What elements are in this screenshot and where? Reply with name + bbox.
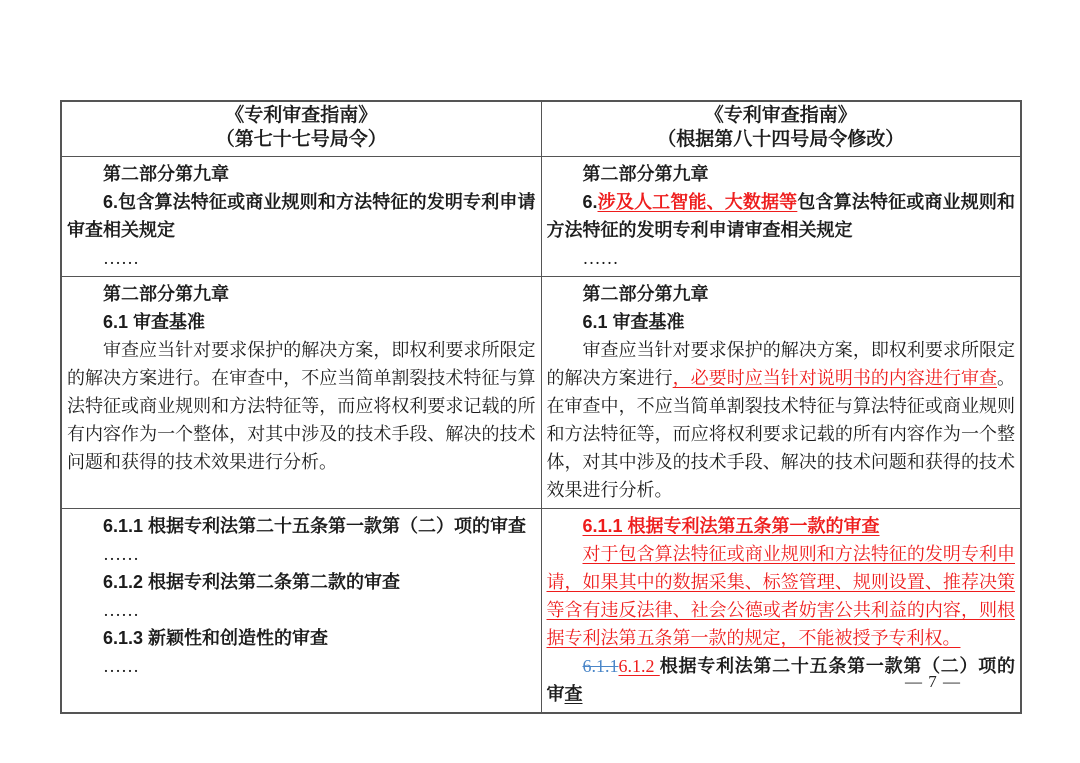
comparison-table-wrapper: 《专利审查指南》 （第七十七号局令） 《专利审查指南》 （根据第八十四号局令修改…: [60, 100, 1022, 714]
text-run: 6.1.2 根据专利法第二条第二款的审查: [103, 572, 400, 592]
text-run: 6.1.3 新颖性和创造性的审查: [103, 628, 328, 648]
paragraph: 6.1.1 根据专利法第五条第一款的审查: [547, 512, 1016, 540]
text-run: ……: [103, 600, 139, 620]
text-run: ……: [103, 656, 139, 676]
guideline-comparison-table: 《专利审查指南》 （第七十七号局令） 《专利审查指南》 （根据第八十四号局令修改…: [60, 100, 1022, 714]
text-run: 6.1.2: [619, 656, 660, 676]
text-run: 6.包含算法特征或商业规则和方法特征的发明专利申请审查相关规定: [67, 192, 536, 240]
cell-old-subsections: 6.1.1 根据专利法第二十五条第一款第（二）项的审查……6.1.2 根据专利法…: [61, 509, 541, 714]
text-run: 第二部分第九章: [103, 164, 229, 184]
header-cell-new-version: 《专利审查指南》 （根据第八十四号局令修改）: [541, 101, 1021, 157]
paragraph: 6.包含算法特征或商业规则和方法特征的发明专利申请审查相关规定: [67, 188, 536, 244]
text-run: 查: [565, 684, 583, 704]
text-run: ……: [103, 544, 139, 564]
paragraph: 第二部分第九章: [67, 280, 536, 308]
paragraph: 6.涉及人工智能、大数据等包含算法特征或商业规则和方法特征的发明专利申请审查相关…: [547, 188, 1016, 244]
text-run: 6.1.1: [583, 656, 619, 676]
paragraph: ……: [547, 244, 1016, 272]
text-run: 6.1 审查基准: [103, 312, 205, 332]
document-page: 《专利审查指南》 （第七十七号局令） 《专利审查指南》 （根据第八十四号局令修改…: [0, 0, 1080, 763]
cell-old-section61: 第二部分第九章6.1 审查基准审查应当针对要求保护的解决方案，即权利要求所限定的…: [61, 277, 541, 509]
header-new-subtitle: （根据第八十四号局令修改）: [547, 128, 1016, 152]
paragraph: 6.1.2 根据专利法第二条第二款的审查: [67, 568, 536, 596]
cell-new-section61: 第二部分第九章6.1 审查基准审查应当针对要求保护的解决方案，即权利要求所限定的…: [541, 277, 1021, 509]
text-run: 6.1 审查基准: [583, 312, 685, 332]
header-cell-old-version: 《专利审查指南》 （第七十七号局令）: [61, 101, 541, 157]
page-number: — 7 —: [902, 670, 964, 694]
paragraph: ……: [67, 652, 536, 680]
text-run: 6.1.1 根据专利法第五条第一款的审查: [583, 516, 880, 536]
paragraph: 第二部分第九章: [547, 280, 1016, 308]
paragraph: ……: [67, 596, 536, 624]
paragraph: 第二部分第九章: [547, 160, 1016, 188]
text-run: 6.: [583, 192, 598, 212]
text-run: 审查应当针对要求保护的解决方案，即权利要求所限定的解决方案进行。在审查中，不应当…: [67, 340, 536, 472]
paragraph: ……: [67, 540, 536, 568]
header-old-title: 《专利审查指南》: [67, 104, 536, 128]
text-run: 对于包含算法特征或商业规则和方法特征的发明专利申请，如果其中的数据采集、标签管理…: [547, 544, 1016, 648]
paragraph: 审查应当针对要求保护的解决方案，即权利要求所限定的解决方案进行，必要时应当针对说…: [547, 336, 1016, 504]
table-row-subsections: 6.1.1 根据专利法第二十五条第一款第（二）项的审查……6.1.2 根据专利法…: [61, 509, 1021, 714]
text-run: ，必要时应当针对说明书的内容进行审查: [673, 368, 997, 388]
text-run: ……: [103, 248, 139, 268]
cell-new-section6: 第二部分第九章6.涉及人工智能、大数据等包含算法特征或商业规则和方法特征的发明专…: [541, 157, 1021, 277]
text-run: 涉及人工智能、大数据等: [598, 192, 798, 212]
paragraph: 第二部分第九章: [67, 160, 536, 188]
paragraph: 6.1.3 新颖性和创造性的审查: [67, 624, 536, 652]
paragraph: ……: [67, 244, 536, 272]
header-new-title: 《专利审查指南》: [547, 104, 1016, 128]
paragraph: 6.1 审查基准: [67, 308, 536, 336]
paragraph: 对于包含算法特征或商业规则和方法特征的发明专利申请，如果其中的数据采集、标签管理…: [547, 540, 1016, 652]
text-run: 第二部分第九章: [103, 284, 229, 304]
paragraph: 6.1 审查基准: [547, 308, 1016, 336]
table-row-section6: 第二部分第九章6.包含算法特征或商业规则和方法特征的发明专利申请审查相关规定………: [61, 157, 1021, 277]
table-row-section61: 第二部分第九章6.1 审查基准审查应当针对要求保护的解决方案，即权利要求所限定的…: [61, 277, 1021, 509]
header-old-subtitle: （第七十七号局令）: [67, 128, 536, 152]
paragraph: 审查应当针对要求保护的解决方案，即权利要求所限定的解决方案进行。在审查中，不应当…: [67, 336, 536, 476]
cell-old-section6: 第二部分第九章6.包含算法特征或商业规则和方法特征的发明专利申请审查相关规定……: [61, 157, 541, 277]
paragraph: 6.1.1 根据专利法第二十五条第一款第（二）项的审查: [67, 512, 536, 540]
text-run: 第二部分第九章: [583, 164, 709, 184]
text-run: 6.1.1 根据专利法第二十五条第一款第（二）项的审查: [103, 516, 526, 536]
text-run: 第二部分第九章: [583, 284, 709, 304]
text-run: ……: [583, 248, 619, 268]
table-header-row: 《专利审查指南》 （第七十七号局令） 《专利审查指南》 （根据第八十四号局令修改…: [61, 101, 1021, 157]
